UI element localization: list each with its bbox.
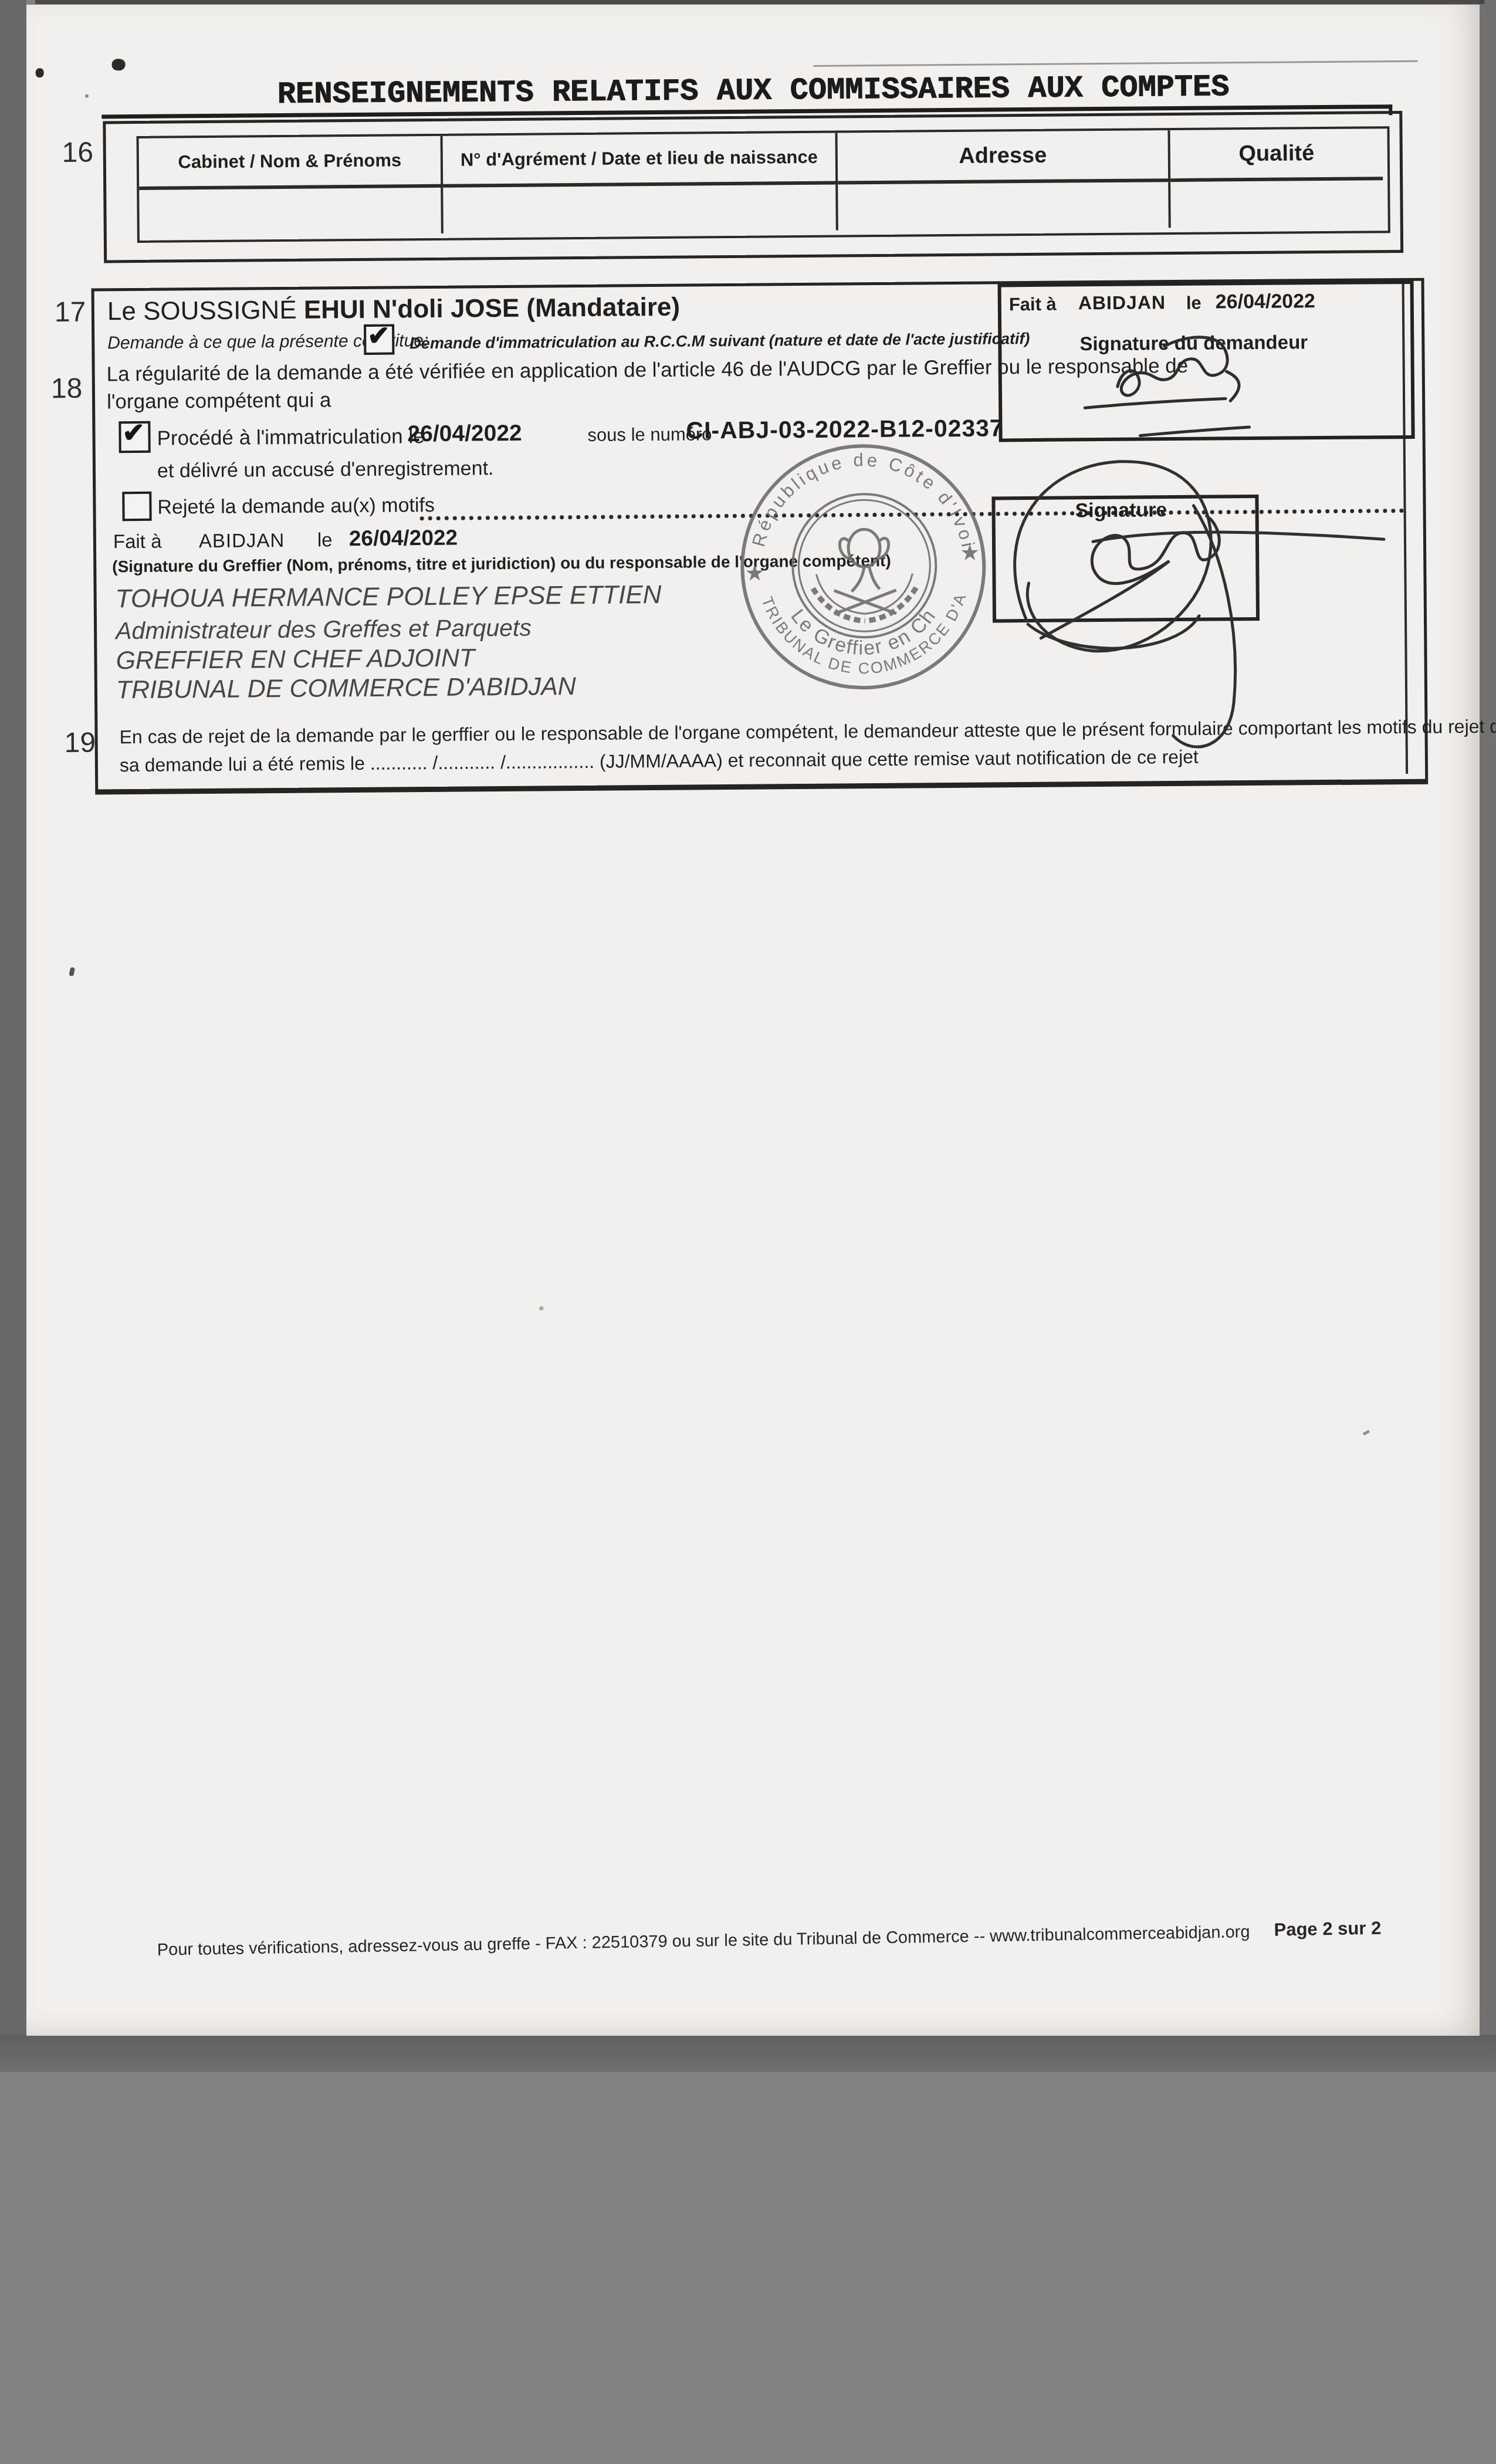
scan-speck [69,967,75,976]
rejete-label: Rejeté la demande au(x) motifs [157,494,435,519]
page-title: RENSEIGNEMENTS RELATIFS AUX COMMISSAIRES… [277,70,1230,112]
officer-name: TOHOUA HERMANCE POLLEY EPSE ETTIEN [116,580,662,614]
table-cell-empty [443,185,838,233]
scanner-bed-bottom [0,2035,1496,2072]
column-header-qualite: Qualité [1170,128,1383,182]
fait-ville-greffe: ABIDJAN [199,529,285,552]
column-header-agrement: N° d'Agrément / Date et lieu de naissanc… [443,133,838,188]
fait-le-label: le [1186,293,1201,314]
scan-artifact-line [814,60,1418,67]
scan-speck [539,1307,543,1311]
procede-label: Procédé à l'immatriculation le [157,425,424,451]
page-content: RENSEIGNEMENTS RELATIFS AUX COMMISSAIRES… [0,0,1496,2042]
column-header-cabinet: Cabinet / Nom & Prénoms [139,136,444,190]
officer-title: GREFFIER EN CHEF ADJOINT [116,644,475,675]
page-indicator: Page 2 sur 2 [1274,1918,1381,1941]
staple-mark [111,59,125,70]
procede-date: 26/04/2022 [407,421,522,448]
fait-ville: ABIDJAN [1078,292,1166,314]
soussigne-line: Le SOUSSIGNÉ EHUI N'doli JOSE (Mandatair… [107,293,681,327]
fait-a-greffe-label: Fait à [113,530,162,553]
table-cell-empty [838,182,1171,230]
table-cell-empty [1170,180,1383,228]
officer-role: Administrateur des Greffes et Parquets [116,614,532,645]
column-header-adresse: Adresse [838,130,1171,184]
background-band [0,2072,1496,2464]
fait-a-label: Fait à [1009,294,1057,316]
item-number-18: 18 [51,373,83,405]
checkmark-icon: ✔ [122,417,145,448]
scan-speck [85,94,89,98]
item-number-19: 19 [64,727,96,759]
scan-speck [1362,1430,1370,1436]
checkmark-icon: ✔ [367,320,390,351]
officer-court: TRIBUNAL DE COMMERCE D'ABIDJAN [116,672,576,705]
fait-date: 26/04/2022 [1216,290,1315,313]
fait-le-greffe: le [317,529,333,551]
auditors-table: Cabinet / Nom & Prénoms N° d'Agrément / … [137,126,1390,243]
rccm-number: CI-ABJ-03-2022-B12-02337 [686,414,1004,444]
signature-demandeur-label: Signature du demandeur [1079,331,1308,355]
soussigne-name: EHUI N'doli JOSE (Mandataire) [304,293,681,324]
table-cell-empty [139,188,444,236]
soussigne-prefix: Le SOUSSIGNÉ [107,296,297,326]
rejete-demande-checkbox [122,492,151,521]
procede-immatriculation-checkbox: ✔ [119,421,150,453]
item-number-16: 16 [62,137,94,169]
fait-date-greffe: 26/04/2022 [349,526,458,551]
immatriculation-request-checkbox: ✔ [364,324,394,355]
staple-mark [36,68,44,77]
accuse-enregistrement-line: et délivré un accusé d'enregistrement. [157,457,494,483]
regularite-line2: l'organe compétent qui a [107,388,331,414]
signature-box-label: Signature [1075,499,1167,522]
footer-note: Pour toutes vérifications, adressez-vous… [157,1923,1250,1960]
item-number-17: 17 [55,296,86,329]
